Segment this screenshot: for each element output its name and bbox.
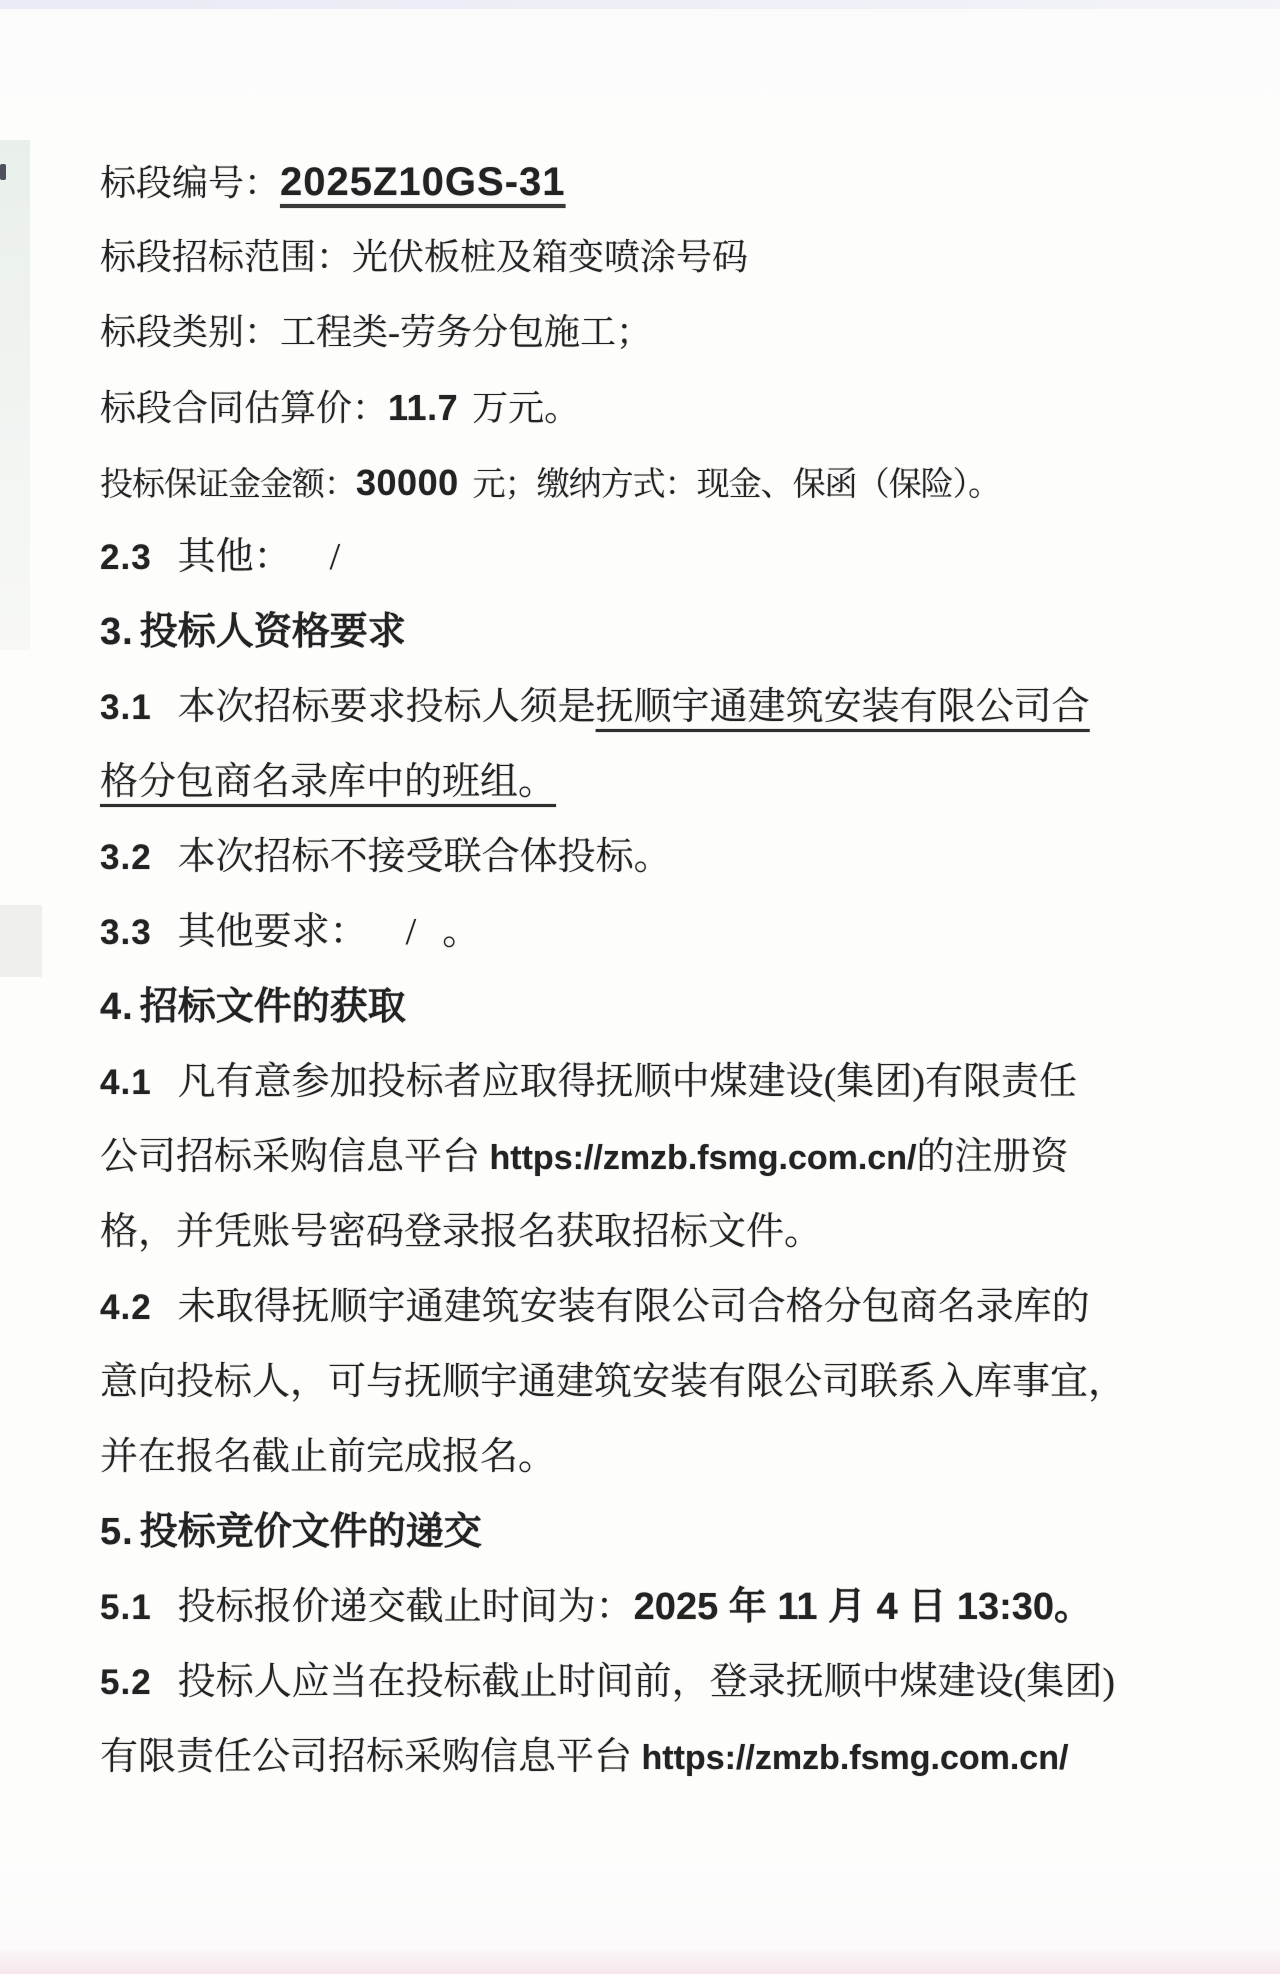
bid-bond-amount: 30000 — [356, 462, 459, 503]
section-category-line: 标段类别：工程类-劳务分包施工； — [100, 295, 1160, 370]
contract-estimate-unit: 万元。 — [472, 388, 580, 428]
scan-artifact-left-smudge — [0, 905, 42, 977]
item-4-2-contact: 4.2未取得抚顺宇通建筑安装有限公司合格分包商名录库的 — [100, 1270, 1160, 1345]
item-2-3-other: 2.3其他：/ — [100, 520, 1160, 595]
item-3-1-continuation: 格分包商名录库中的班组。 — [100, 745, 1160, 820]
scanned-document-page: 标段编号：2025Z10GS-31 标段招标范围：光伏板桩及箱变喷涂号码 标段类… — [0, 0, 1280, 1974]
section-number-value: 2025Z10GS-31 — [280, 160, 566, 204]
item-number: 4.2 — [100, 1288, 152, 1327]
heading-title: 投标人资格要求 — [140, 611, 406, 653]
platform-url: https://zmzb.fsmg.com.cn/ — [642, 1739, 1069, 1777]
section-category-value: 工程类-劳务分包施工； — [280, 312, 652, 352]
heading-number: 5. — [100, 1511, 134, 1553]
item-number: 3.3 — [100, 913, 152, 952]
heading-bid-submission: 5.投标竞价文件的递交 — [100, 1495, 1160, 1570]
heading-title: 招标文件的获取 — [140, 986, 406, 1028]
item-3-3-other: 3.3其他要求：/。 — [100, 895, 1160, 970]
heading-title: 投标竞价文件的递交 — [140, 1511, 482, 1553]
item-text: 的注册资 — [916, 1136, 1068, 1178]
bid-bond-line: 投标保证金金额：30000元；缴纳方式：现金、保函（保险）。 — [100, 445, 1160, 520]
item-4-1-continuation-platform: 公司招标采购信息平台 https://zmzb.fsmg.com.cn/的注册资 — [100, 1120, 1160, 1195]
item-text: 意向投标人，可与抚顺宇通建筑安装有限公司联系入库事宜， — [100, 1361, 1126, 1403]
heading-number: 4. — [100, 986, 134, 1028]
item-number: 2.3 — [100, 538, 152, 577]
section-number-label: 标段编号： — [100, 163, 280, 203]
item-value-slash: / — [330, 536, 341, 578]
bid-section-number-line: 标段编号：2025Z10GS-31 — [100, 145, 1160, 220]
item-number: 3.1 — [100, 688, 152, 727]
item-text: 公司招标采购信息平台 — [100, 1136, 490, 1178]
tender-scope-label: 标段招标范围： — [100, 237, 352, 277]
item-underlined-company: 抚顺宇通建筑安装有限公司合 — [596, 686, 1090, 728]
item-4-2-continuation-1: 意向投标人，可与抚顺宇通建筑安装有限公司联系入库事宜， — [100, 1345, 1160, 1420]
item-text: 并在报名截止前完成报名。 — [100, 1436, 556, 1478]
item-text: 有限责任公司招标采购信息平台 — [100, 1736, 642, 1778]
heading-number: 3. — [100, 611, 134, 653]
item-3-1-requirement: 3.1本次招标要求投标人须是抚顺宇通建筑安装有限公司合 — [100, 670, 1160, 745]
item-text: 本次招标要求投标人须是 — [178, 686, 596, 728]
item-text: 投标人应当在投标截止时间前，登录抚顺中煤建设(集团) — [178, 1661, 1115, 1703]
scan-artifact-top-band — [0, 0, 1280, 9]
item-value-slash: / — [406, 911, 417, 953]
item-label: 其他要求： — [178, 911, 368, 953]
item-period: 。 — [442, 911, 480, 953]
item-number: 4.1 — [100, 1063, 152, 1102]
heading-bidder-qualification: 3.投标人资格要求 — [100, 595, 1160, 670]
item-5-1-deadline: 5.1投标报价递交截止时间为：2025 年 11 月 4 日 13:30。 — [100, 1570, 1160, 1645]
section-category-label: 标段类别： — [100, 312, 280, 352]
item-4-1-continuation-login: 格，并凭账号密码登录报名获取招标文件。 — [100, 1195, 1160, 1270]
scan-artifact-bottom-band — [0, 1951, 1280, 1974]
tender-scope-line: 标段招标范围：光伏板桩及箱变喷涂号码 — [100, 220, 1160, 295]
bid-bond-rest: 元；缴纳方式：现金、保函（保险）。 — [473, 467, 1001, 503]
contract-estimate-amount: 11.7 — [388, 387, 458, 428]
item-4-1-registration: 4.1凡有意参加投标者应取得抚顺中煤建设(集团)有限责任 — [100, 1045, 1160, 1120]
scan-artifact-edge-mark — [0, 164, 6, 180]
item-text: 格，并凭账号密码登录报名获取招标文件。 — [100, 1211, 822, 1253]
item-4-2-continuation-2: 并在报名截止前完成报名。 — [100, 1420, 1160, 1495]
deadline-datetime: 2025 年 11 月 4 日 13:30。 — [634, 1586, 1092, 1628]
item-number: 5.2 — [100, 1663, 152, 1702]
item-number: 5.1 — [100, 1588, 152, 1627]
item-text: 未取得抚顺宇通建筑安装有限公司合格分包商名录库的 — [178, 1286, 1090, 1328]
item-text: 本次招标不接受联合体投标。 — [178, 836, 672, 878]
heading-document-acquisition: 4.招标文件的获取 — [100, 970, 1160, 1045]
item-3-2-no-consortium: 3.2本次招标不接受联合体投标。 — [100, 820, 1160, 895]
document-body: 标段编号：2025Z10GS-31 标段招标范围：光伏板桩及箱变喷涂号码 标段类… — [100, 145, 1160, 1795]
item-underlined-continuation: 格分包商名录库中的班组。 — [100, 761, 556, 803]
item-text: 凡有意参加投标者应取得抚顺中煤建设(集团)有限责任 — [178, 1061, 1077, 1103]
item-number: 3.2 — [100, 838, 152, 877]
item-label: 其他： — [178, 536, 292, 578]
contract-estimate-label: 标段合同估算价： — [100, 388, 388, 428]
bid-bond-label: 投标保证金金额： — [100, 467, 356, 503]
item-5-2-continuation-platform: 有限责任公司招标采购信息平台 https://zmzb.fsmg.com.cn/ — [100, 1720, 1160, 1795]
tender-scope-value: 光伏板桩及箱变喷涂号码 — [352, 237, 748, 277]
platform-url: https://zmzb.fsmg.com.cn/ — [490, 1139, 917, 1177]
scan-artifact-left-tint — [0, 140, 30, 650]
item-5-2-login: 5.2投标人应当在投标截止时间前，登录抚顺中煤建设(集团) — [100, 1645, 1160, 1720]
contract-estimate-line: 标段合同估算价：11.7万元。 — [100, 370, 1160, 445]
item-text: 投标报价递交截止时间为： — [178, 1586, 634, 1628]
